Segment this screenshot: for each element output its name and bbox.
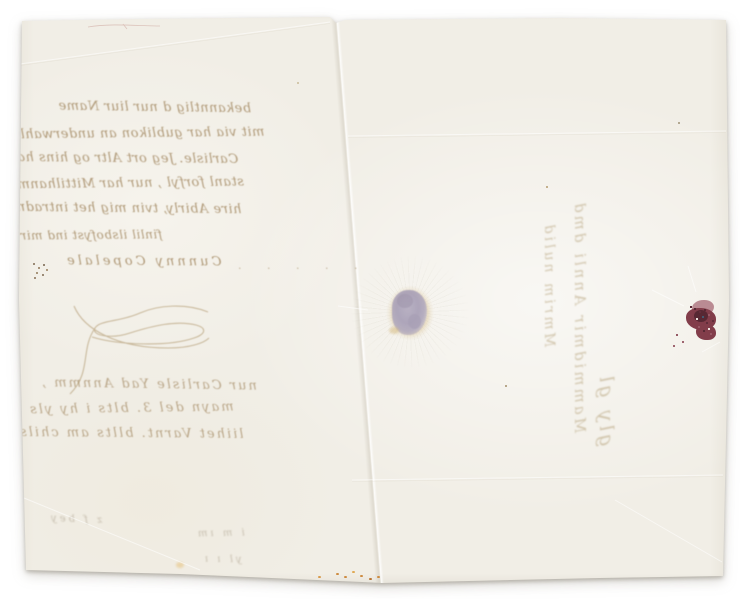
paper-shadow-wrap: bekanntlig d nur liur Name mit via har g… (0, 0, 740, 599)
letter-sheet-verso: bekanntlig d nur liur Name mit via har g… (0, 0, 740, 599)
bleedthrough-line: Cunnny Copelale (64, 253, 222, 269)
bleedthrough-line: bekanntlig d nur liur Name (58, 99, 251, 117)
wax-blob (696, 324, 716, 340)
address-bleedthrough-column: Mmrim nulid (541, 222, 557, 347)
smudge-dark-patch (408, 314, 421, 329)
bleedthrough-line: stanl forfyl , nur har Mittilhanmn (8, 175, 244, 193)
bleedthrough-line: mit via har gublikon an underwahl (20, 125, 265, 143)
letter-photo: bekanntlig d nur liur Name mit via har g… (0, 0, 740, 599)
yellow-stain (176, 562, 184, 568)
red-scratch-mark (88, 24, 160, 29)
paper-freckles (678, 122, 680, 124)
rust-spots (336, 573, 339, 575)
bleedthrough-line: hire Abirly, tvin mig het intradne (8, 200, 242, 217)
pencil-trace: z f bey (48, 513, 103, 526)
address-bleedthrough-column: gly gl (595, 373, 619, 447)
pencil-trace: i m ım (195, 528, 245, 540)
pencil-trace: yl ı ı (202, 554, 242, 566)
bleedthrough-closing-line: mayn del 3. blts i hy yls (28, 400, 234, 418)
seal-impression-fringe (389, 327, 399, 334)
wax-speckle (690, 306, 692, 308)
smudge-dark-patch (397, 294, 413, 308)
bleedthrough-closing-line: nur Carlisle Yad Annmm , (40, 375, 257, 393)
wax-blob-core (694, 310, 708, 322)
ink-spatter-cluster (33, 263, 35, 265)
bleedthrough-line: finlil ilsbofyst ind mir (20, 227, 162, 242)
bleedthrough-line: Carlisle. Jeg ort Altr og hins har (10, 150, 238, 167)
bleedthrough-closing-line: liihet Varnt. bllts am chils (18, 425, 244, 442)
address-bleedthrough-column: Mammidmir Annli dmd (571, 200, 589, 433)
wax-crumbs (676, 334, 678, 336)
wax-seal-remnant (684, 298, 724, 348)
